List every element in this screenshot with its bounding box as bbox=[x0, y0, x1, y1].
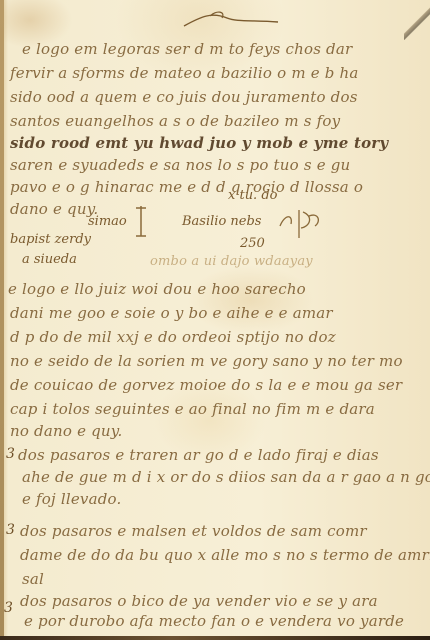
text-line: sido rood emt yu hwad juo y mob e yme to… bbox=[10, 134, 388, 152]
torn-corner bbox=[404, 0, 430, 40]
text-line: e por durobo afa mecto fan o e vendera v… bbox=[24, 612, 404, 630]
text-line: de couicao de gorvez moioe do s la e e m… bbox=[10, 376, 402, 394]
text-line: e logo em legoras ser d m to feys chos d… bbox=[22, 40, 352, 58]
text-line: sal bbox=[22, 570, 44, 588]
item-number: 3 bbox=[6, 522, 15, 538]
signature-marks: x tu. do bbox=[228, 188, 277, 203]
margin-note-line: a siueda bbox=[22, 252, 77, 267]
text-line: sido ood a quem e co juis dou juramento … bbox=[10, 88, 358, 106]
text-line: e foj llevado. bbox=[22, 490, 121, 508]
text-line: d p do de mil xxj e do ordeoi sptijo no … bbox=[10, 328, 336, 346]
signature-mark-icon bbox=[275, 206, 325, 240]
item-number: 3 bbox=[4, 600, 13, 616]
text-line: pavo e o g hinarac me e d d q rocio d ll… bbox=[10, 178, 363, 196]
header-flourish-icon bbox=[182, 8, 282, 30]
text-line: dos pasaros o bico de ya vender vio e se… bbox=[20, 592, 378, 610]
text-line: no e seido de la sorien m ve gory sano y… bbox=[10, 352, 403, 370]
text-line: e logo e llo juiz woi dou e hoo sarecho bbox=[8, 280, 306, 298]
text-line: dos pasaros e traren ar go d e lado fira… bbox=[18, 446, 379, 464]
text-line: ahe de gue m d i x or do s diios san da … bbox=[22, 468, 430, 486]
text-line: dos pasaros e malsen et voldos de sam co… bbox=[20, 522, 367, 540]
text-line: cap i tolos seguintes e ao final no fim … bbox=[10, 400, 375, 418]
faint-text-line: ombo a ui dajo wdaayay bbox=[150, 254, 313, 269]
text-line: dani me goo e soie o y bo e aihe e e ama… bbox=[10, 304, 333, 322]
text-line: santos euangelhos a s o de bazileo m s f… bbox=[10, 112, 340, 130]
signature-cross-icon bbox=[134, 204, 148, 238]
signature-basilio: Basilio nebs bbox=[182, 214, 261, 229]
text-line: dame de do da bu quo x alle mo s no s te… bbox=[20, 546, 430, 564]
margin-note-line: bapist zerdy bbox=[10, 232, 91, 247]
manuscript-page: e logo em legoras ser d m to feys chos d… bbox=[0, 0, 430, 640]
text-line: no dano e quy. bbox=[10, 422, 122, 440]
signature-number: 250 bbox=[240, 236, 265, 251]
text-line: dano e quy. bbox=[10, 200, 98, 218]
text-line: saren e syuadeds e sa nos lo s po tuo s … bbox=[10, 156, 350, 174]
text-line: fervir a sforms de mateo a bazilio o m e… bbox=[10, 64, 359, 82]
signature-simao: simao bbox=[88, 214, 127, 229]
item-number: 3 bbox=[6, 446, 15, 462]
